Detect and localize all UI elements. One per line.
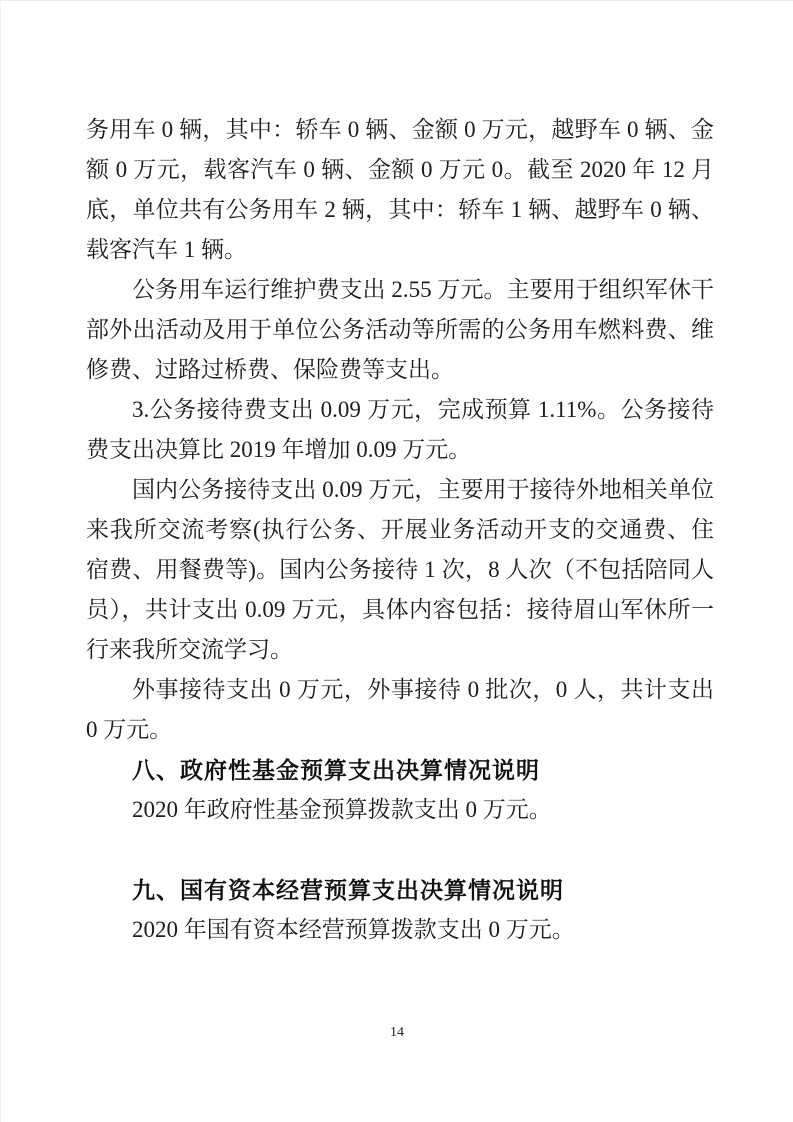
body-paragraph-vehicle-maintenance: 公务用车运行维护费支出 2.55 万元。主要用于组织军休干部外出活动及用于单位公… [86,270,714,390]
document-body: 务用车 0 辆，其中：轿车 0 辆、金额 0 万元，越野车 0 辆、金额 0 万… [86,110,714,950]
section-heading-government-fund: 八、政府性基金预算支出决算情况说明 [86,750,714,790]
body-paragraph-domestic-reception: 国内公务接待支出 0.09 万元，主要用于接待外地相关单位来我所交流考察(执行公… [86,470,714,670]
section-heading-state-capital: 九、国有资本经营预算支出决算情况说明 [86,870,714,910]
body-paragraph-foreign-reception: 外事接待支出 0 万元，外事接待 0 批次，0 人，共计支出 0 万元。 [86,670,714,750]
page-number: 14 [1,1023,793,1043]
body-paragraph-state-capital: 2020 年国有资本经营预算拨款支出 0 万元。 [86,910,714,950]
body-paragraph-reception-expense: 3.公务接待费支出 0.09 万元，完成预算 1.11%。公务接待费支出决算比 … [86,390,714,470]
body-paragraph-vehicle-purchase: 务用车 0 辆，其中：轿车 0 辆、金额 0 万元，越野车 0 辆、金额 0 万… [86,110,714,270]
document-page: 务用车 0 辆，其中：轿车 0 辆、金额 0 万元，越野车 0 辆、金额 0 万… [0,0,793,1122]
body-paragraph-government-fund: 2020 年政府性基金预算拨款支出 0 万元。 [86,790,714,830]
